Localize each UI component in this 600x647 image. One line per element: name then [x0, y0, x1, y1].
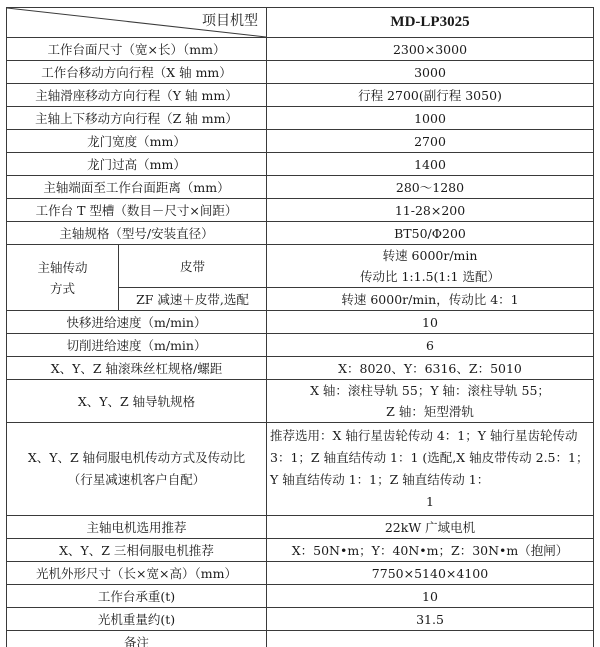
row-value: BT50/Φ200 [267, 222, 594, 245]
row-value: 推荐选用：X 轴行星齿轮传动 4：1；Y 轴行星齿轮传动 3：1；Z 轴直结传动… [267, 423, 594, 516]
row-value [267, 631, 594, 647]
guide-rail-row: X、Y、Z 轴导轨规格 X 轴：滚柱导轨 55；Y 轴：滚柱导轨 55； Z 轴… [7, 380, 594, 423]
row-label: 主轴电机选用推荐 [7, 516, 267, 539]
row-value: X 轴：滚柱导轨 55；Y 轴：滚柱导轨 55； Z 轴：矩型滑轨 [267, 380, 594, 423]
drive-option-name: 皮带 [119, 245, 267, 288]
table-row: 切削进给速度（m/min）6 [7, 334, 594, 357]
value-line: Z 轴：矩型滑轨 [270, 401, 590, 422]
label-line: 方式 [10, 278, 115, 299]
row-label: 主轴滑座移动方向行程（Y 轴 mm） [7, 84, 267, 107]
label-line: 主轴传动 [10, 257, 115, 278]
value-line: 传动比 1:1.5(1:1 选配） [270, 266, 590, 287]
row-value: 行程 2700(副行程 3050) [267, 84, 594, 107]
table-row: 工作台 T 型槽（数目－尺寸×间距）11-28×200 [7, 199, 594, 222]
row-label: 切削进给速度（m/min） [7, 334, 267, 357]
servo-drive-row: X、Y、Z 轴伺服电机传动方式及传动比 （行星减速机客户自配） 推荐选用：X 轴… [7, 423, 594, 516]
table-row: 主轴规格（型号/安装直径）BT50/Φ200 [7, 222, 594, 245]
drive-option-value: 转速 6000r/min，传动比 4：1 [267, 288, 594, 311]
row-label: X、Y、Z 轴滚珠丝杠规格/螺距 [7, 357, 267, 380]
table-row: 龙门宽度（mm）2700 [7, 130, 594, 153]
table-row: X、Y、Z 轴滚珠丝杠规格/螺距X：8020、Y：6316、Z：5010 [7, 357, 594, 380]
row-label: 工作台移动方向行程（X 轴 mm） [7, 61, 267, 84]
table-row: 工作台面尺寸（宽×长）（mm）2300×3000 [7, 38, 594, 61]
row-label: X、Y、Z 轴伺服电机传动方式及传动比 （行星减速机客户自配） [7, 423, 267, 516]
table-row: 备注 [7, 631, 594, 647]
table-row: 光机重量约(t)31.5 [7, 608, 594, 631]
drive-option-value: 转速 6000r/min 传动比 1:1.5(1:1 选配） [267, 245, 594, 288]
row-value: 7750×5140×4100 [267, 562, 594, 585]
item-label: 项目机型 [202, 11, 258, 32]
value-line: X 轴：滚柱导轨 55；Y 轴：滚柱导轨 55； [270, 380, 590, 401]
label-line: X、Y、Z 轴伺服电机传动方式及传动比 [10, 447, 263, 469]
row-value: 22kW 广域电机 [267, 516, 594, 539]
header-diagonal-cell: 项目机型 [7, 8, 267, 38]
row-value: 10 [267, 311, 594, 334]
row-label: 工作台面尺寸（宽×长）（mm） [7, 38, 267, 61]
row-value: 280～1280 [267, 176, 594, 199]
row-label: X、Y、Z 三相伺服电机推荐 [7, 539, 267, 562]
row-value: 6 [267, 334, 594, 357]
row-value: X：50N•m；Y：40N•m；Z：30N•m（抱闸） [267, 539, 594, 562]
row-label: 工作台 T 型槽（数目－尺寸×间距） [7, 199, 267, 222]
row-label: 光机外形尺寸（长×宽×高）（mm） [7, 562, 267, 585]
row-value: 2700 [267, 130, 594, 153]
spindle-drive-row-belt: 主轴传动 方式 皮带 转速 6000r/min 传动比 1:1.5(1:1 选配… [7, 245, 594, 288]
row-label: 光机重量约(t) [7, 608, 267, 631]
table-row: X、Y、Z 三相伺服电机推荐X：50N•m；Y：40N•m；Z：30N•m（抱闸… [7, 539, 594, 562]
row-value: 2300×3000 [267, 38, 594, 61]
row-value: 1000 [267, 107, 594, 130]
row-label: 工作台承重(t) [7, 585, 267, 608]
table-row: 主轴电机选用推荐22kW 广域电机 [7, 516, 594, 539]
row-value: 3000 [267, 61, 594, 84]
spec-table: 项目机型 MD-LP3025 工作台面尺寸（宽×长）（mm）2300×3000 … [6, 7, 594, 647]
row-label: 龙门宽度（mm） [7, 130, 267, 153]
row-value: X：8020、Y：6316、Z：5010 [267, 357, 594, 380]
row-label: X、Y、Z 轴导轨规格 [7, 380, 267, 423]
table-row: 主轴端面至工作台面距离（mm）280～1280 [7, 176, 594, 199]
row-label: 主轴规格（型号/安装直径） [7, 222, 267, 245]
table-row: 主轴滑座移动方向行程（Y 轴 mm）行程 2700(副行程 3050) [7, 84, 594, 107]
row-label: 主轴上下移动方向行程（Z 轴 mm） [7, 107, 267, 130]
row-value: 1400 [267, 153, 594, 176]
table-row: 工作台承重(t)10 [7, 585, 594, 608]
drive-option-name: ZF 减速＋皮带,选配 [119, 288, 267, 311]
spindle-drive-label: 主轴传动 方式 [7, 245, 119, 311]
row-label: 备注 [7, 631, 267, 647]
table-row: 光机外形尺寸（长×宽×高）（mm）7750×5140×4100 [7, 562, 594, 585]
table-row: 主轴上下移动方向行程（Z 轴 mm）1000 [7, 107, 594, 130]
label-line: （行星减速机客户自配） [10, 469, 263, 491]
row-label: 快移进给速度（m/min） [7, 311, 267, 334]
header-row: 项目机型 MD-LP3025 [7, 8, 594, 38]
value-text-last: 1 [270, 491, 590, 513]
table-row: 工作台移动方向行程（X 轴 mm）3000 [7, 61, 594, 84]
row-value: 11-28×200 [267, 199, 594, 222]
row-label: 主轴端面至工作台面距离（mm） [7, 176, 267, 199]
value-line: 转速 6000r/min [270, 245, 590, 266]
row-label: 龙门过高（mm） [7, 153, 267, 176]
model-name: MD-LP3025 [267, 8, 594, 38]
table-row: 龙门过高（mm）1400 [7, 153, 594, 176]
table-row: 快移进给速度（m/min）10 [7, 311, 594, 334]
value-text: 推荐选用：X 轴行星齿轮传动 4：1；Y 轴行星齿轮传动 3：1；Z 轴直结传动… [270, 428, 588, 487]
row-value: 10 [267, 585, 594, 608]
row-value: 31.5 [267, 608, 594, 631]
